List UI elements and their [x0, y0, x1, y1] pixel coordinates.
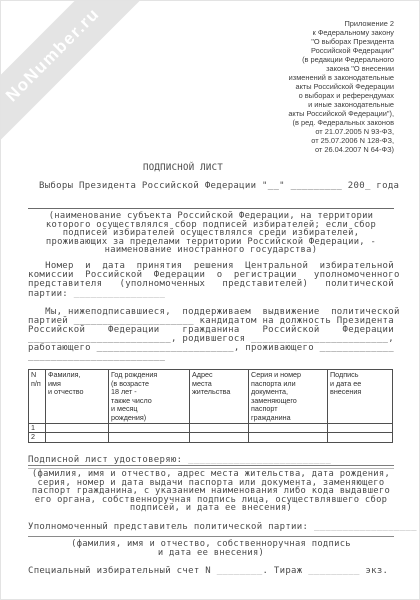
certify-note: (фамилия, имя и отчество, адрес места жи…	[21, 470, 401, 513]
table-header-row: N п/п Фамилия, имя и отчество Год рожден…	[29, 370, 393, 424]
signature-cell	[328, 433, 393, 443]
watermark-band: NoNumber.ru	[0, 0, 151, 153]
row-number-cell: 1	[29, 423, 46, 433]
signature-cell	[328, 423, 393, 433]
certify-line: Подписной лист удостоверяю: ____________…	[28, 456, 331, 465]
decision-paragraph: Номер и дата принятия решения Центрально…	[28, 262, 400, 289]
col-header-birth-year: Год рождения (в возрасте 18 лет - также …	[109, 370, 190, 424]
representative-label: Уполномоченный представитель политическо…	[28, 522, 314, 532]
table-row: 2	[29, 433, 393, 443]
tirazh-label: . Тираж	[262, 566, 308, 576]
birth-year-cell	[109, 433, 190, 443]
col-header-name: Фамилия, имя и отчество	[46, 370, 109, 424]
birth-year-cell	[109, 423, 190, 433]
passport-cell	[249, 423, 328, 433]
decision-party-label: партии:	[28, 289, 74, 299]
row-number-cell: 2	[29, 433, 46, 443]
signature-table: N п/п Фамилия, имя и отчество Год рожден…	[28, 369, 393, 443]
representative-note: (фамилия, имя и отчество, собственноручн…	[28, 540, 394, 557]
support-paragraph: Мы, нижеподписавшиеся, поддерживаем выдв…	[28, 308, 400, 362]
passport-cell	[249, 433, 328, 443]
certify-blank: _________________________	[188, 455, 331, 465]
address-cell	[190, 433, 249, 443]
representative-line: Уполномоченный представитель политическо…	[28, 523, 417, 532]
decision-party-blank: ________________	[74, 289, 166, 299]
col-header-number: N п/п	[29, 370, 46, 424]
account-footer-line: Специальный избирательный счет N _______…	[28, 567, 388, 576]
tirazh-blank: _________	[308, 566, 359, 576]
subject-note: (наименование субъекта Российской Федера…	[28, 212, 394, 255]
col-header-address: Адрес места жительства	[190, 370, 249, 424]
account-blank: ________	[217, 566, 263, 576]
address-cell	[190, 423, 249, 433]
election-subtitle: Выборы Президента Российской Федерации "…	[39, 182, 399, 191]
document-title: ПОДПИСНОЙ ЛИСТ	[143, 164, 223, 173]
name-cell	[46, 433, 109, 443]
appendix-header: Приложение 2 к Федеральному закону "О вы…	[288, 19, 394, 154]
name-cell	[46, 423, 109, 433]
document-page: NoNumber.ru Приложение 2 к Федеральному …	[0, 0, 420, 600]
representative-blank: __________________	[314, 522, 417, 532]
certify-label: Подписной лист удостоверяю:	[28, 455, 188, 465]
col-header-passport: Серия и номер паспорта или документа, за…	[249, 370, 328, 424]
ekz-label: экз.	[360, 566, 389, 576]
account-label: Специальный избирательный счет N	[28, 566, 217, 576]
subject-blank-line	[28, 208, 394, 209]
table-row: 1	[29, 423, 393, 433]
watermark-text: NoNumber.ru	[2, 4, 104, 106]
representative-rule	[28, 536, 394, 537]
decision-party-line: партии: ________________	[28, 290, 165, 299]
col-header-signature: Подпись и дата ее внесения	[328, 370, 393, 424]
